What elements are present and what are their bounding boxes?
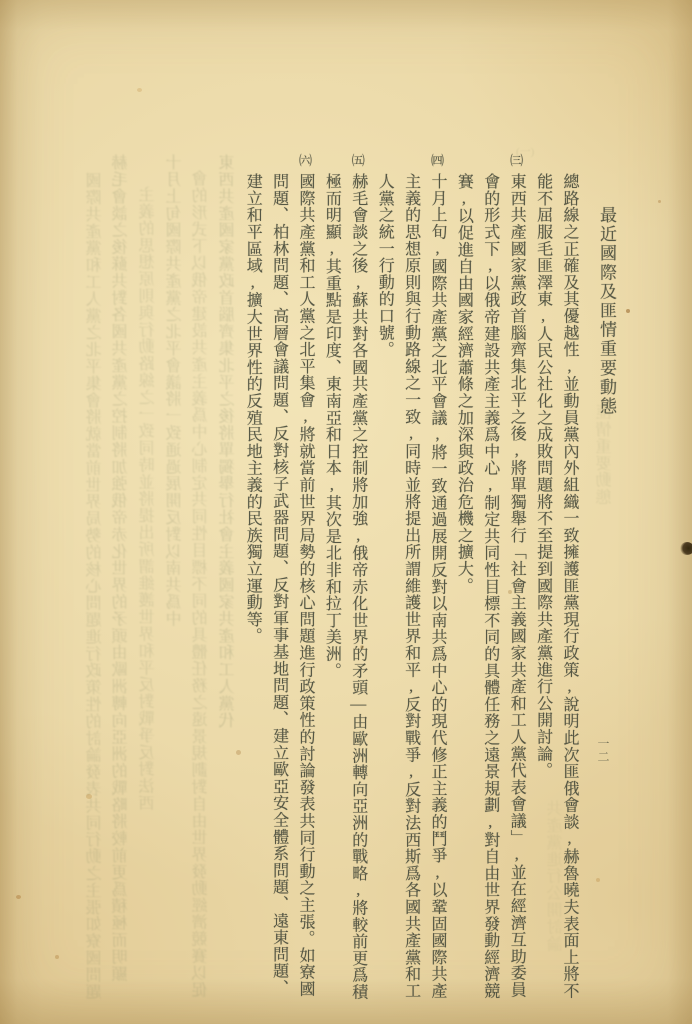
bleedthrough-column: 會的形式下以俄帝建設共產主義爲中心制定共同性目標不同的具體任務之遠景規劃對自由世… — [193, 170, 210, 998]
text-column-13: 建立和平區域,擴大世界性的反殖民地主義的民族獨立運動等。 — [244, 173, 261, 644]
document-title: 最近國際及匪情重要動態 — [597, 206, 615, 416]
text-column-4: 會的形式下,以俄帝建設共產主義爲中心,制定共同性目標不同的具體任務之遠景規劃,對… — [482, 173, 499, 999]
text-column-8: 人黨之統一行動的口號。 — [376, 173, 393, 358]
text-column-11: 國際共產黨和工人黨之北平集會,將就當前世界局勢的核心問題進行政策性的討論發表共同… — [297, 173, 314, 997]
scanned-document-page: 最近國際及匪情重要動態 一二 匪情重要動態共產黨進行公開討論東西共產國家黨政首腦… — [0, 0, 692, 1024]
item-marker: ㈢ — [508, 150, 525, 166]
bleedthrough-column: 國際共產黨和工人黨之北平集會將就當前世界局勢的核心問題進行政策性的討論發表共同行… — [87, 172, 104, 1000]
text-column-5: 賽,以促進自由國家經濟蕭條之加深與政治危機之擴大。 — [455, 173, 472, 594]
bleedthrough-column: 赫毛會談之後蘇共對各國共產黨之控制將加強俄帝赤化世界的矛頭由歐洲轉向亞洲的戰略將… — [113, 154, 130, 982]
text-column-9: 赫毛會談之後,蘇共對各國共產黨之控制將加強,俄帝赤化世界的矛頭—由歐洲轉向亞洲的… — [350, 173, 367, 1000]
item-marker: ㈤ — [350, 150, 367, 166]
foxing-spot — [658, 200, 661, 203]
foxing-spot — [508, 590, 512, 594]
text-column-3: 東西共產國家黨政首腦齊集北平之後,將單獨舉行「社會主義國家共產和工人黨代表會議」… — [508, 173, 525, 998]
text-column-10: 極而明顯,其重點是印度、東南亞和日本,其次是北非和拉丁美洲。 — [323, 173, 340, 679]
bleedthrough-column: 十月上旬國際共產黨之北平會議將一致通過展開反對以南共爲中 — [167, 154, 184, 627]
foxing-spot — [596, 878, 600, 882]
text-column-1: 總路線之正確及其優越性,並動員黨內外組織一致擁護匪黨現行政策,說明此次匪俄會談,… — [561, 173, 578, 999]
page-number: 一二 — [596, 737, 610, 764]
text-column-2: 能不屈服毛匪澤東,人民公社化之成敗問題將不至提到國際共產黨進行公開討論。 — [535, 173, 552, 779]
bleedthrough-column: 匪情重要動態 — [597, 404, 614, 505]
foxing-spot — [16, 895, 21, 899]
foxing-spot — [86, 794, 92, 799]
foxing-spot — [236, 750, 241, 755]
foxing-spot — [137, 88, 142, 92]
ink-blot — [680, 542, 692, 555]
item-marker: ㈣ — [429, 150, 446, 166]
foxing-spot — [55, 955, 59, 959]
text-column-12: 問題、柏林問題、高層會議問題、反對核子武器問題、反對軍事基地問題、建立歐亞安全體… — [271, 173, 288, 996]
bleedthrough-column: 東西共產國家黨政首腦齊集北平之後將單獨舉行社會主義國家共產和工人黨代 — [220, 154, 237, 729]
item-marker: ㈥ — [297, 150, 314, 166]
foxing-spot — [626, 309, 630, 313]
text-column-7: 主義的思想原則與行動路線之一致,同時並將提出所謂維護世界和平,反對戰爭,反對法西… — [403, 173, 420, 999]
text-column-6: 十月上旬,國際共產黨之北平會議,將一致通過展開反對以南共爲中心的現代修正主義的鬥… — [429, 173, 446, 999]
bleedthrough-column: 主義的思想原則與行動路線之一致同時並將提出所謂維護世界和平反對戰爭反對法西 — [140, 186, 157, 811]
foxing-spot — [360, 645, 364, 649]
